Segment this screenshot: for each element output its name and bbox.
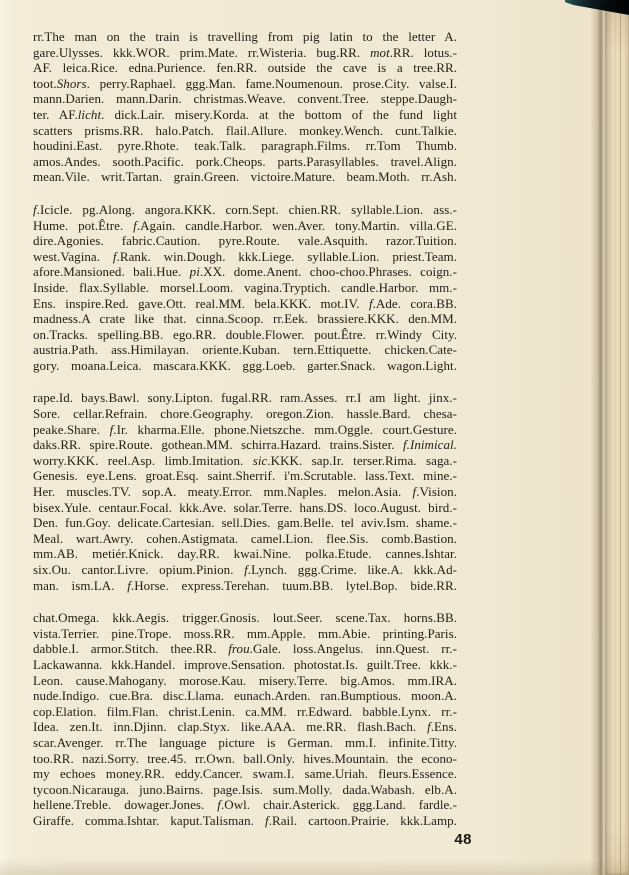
text-line: Den. fun.Goy. delicate.Cartesian. sell.D…: [33, 515, 457, 531]
text-block: rr.The man on the train is travelling fr…: [33, 29, 457, 829]
page-crease-shadow: [590, 0, 606, 875]
text-line: Ens. inspire.Red. gave.Ott. real.MM. bel…: [33, 296, 457, 312]
text-line: bisex.Yule. centaur.Focal. kkk.Ave. sola…: [33, 500, 457, 516]
paragraph: rr.The man on the train is travelling fr…: [33, 29, 457, 185]
text-line: man. ism.LA. f.Horse. express.Terehan. t…: [33, 578, 457, 594]
text-line: mean.Vile. writ.Tartan. grain.Green. vic…: [33, 169, 457, 185]
text-line: daks.RR. spire.Route. gothean.MM. schirr…: [33, 437, 457, 453]
text-line: gare.Ulysses. kkk.WOR. prim.Mate. rr.Wis…: [33, 45, 457, 61]
text-line: Hume. pot.Être. f.Again. candle.Harbor. …: [33, 218, 457, 234]
text-line: amos.Andes. sooth.Pacific. pork.Cheops. …: [33, 154, 457, 170]
page-gutter-highlight: [0, 0, 10, 875]
text-line: houdini.East. pyre.Rhote. teak.Talk. par…: [33, 138, 457, 154]
text-line: ter. AF.licht. dick.Lair. misery.Korda. …: [33, 107, 457, 123]
bottom-page-shadow: [0, 859, 629, 875]
text-line: rr.The man on the train is travelling fr…: [33, 29, 457, 45]
text-line: cop.Elation. film.Flan. christ.Lenin. ca…: [33, 704, 457, 720]
text-line: on.Tracks. spelling.BB. ego.RR. double.F…: [33, 327, 457, 343]
text-line: chat.Omega. kkk.Aegis. trigger.Gnosis. l…: [33, 610, 457, 626]
text-line: AF. leica.Rice. edna.Purience. fen.RR. o…: [33, 60, 457, 76]
text-line: six.Ou. cantor.Livre. opium.Pinion. f.Ly…: [33, 562, 457, 578]
text-line: toot.Shors. perry.Raphael. ggg.Man. fame…: [33, 76, 457, 92]
text-line: dabble.I. armor.Stitch. thee.RR. frou.Ga…: [33, 641, 457, 657]
text-line: mm.AB. metiér.Knick. day.RR. kwai.Nine. …: [33, 546, 457, 562]
page-number: 48: [438, 831, 472, 848]
text-line: west.Vagina. f.Rank. win.Dough. kkk.Lieg…: [33, 249, 457, 265]
text-line: Inside. flax.Syllable. morsel.Loom. vagi…: [33, 280, 457, 296]
text-line: Lackawanna. kkk.Handel. improve.Sensatio…: [33, 657, 457, 673]
text-line: Her. muscles.TV. sop.A. meaty.Error. mm.…: [33, 484, 457, 500]
text-line: vista.Terrier. pine.Trope. moss.RR. mm.A…: [33, 626, 457, 642]
paragraph: f.Icicle. pg.Along. angora.KKK. corn.Sep…: [33, 202, 457, 374]
text-line: scar.Avenger. rr.The language picture is…: [33, 735, 457, 751]
text-line: mann.Darien. mann.Darin. christmas.Weave…: [33, 91, 457, 107]
text-line: too.RR. nazi.Sorry. tree.45. rr.Own. bal…: [33, 751, 457, 767]
text-line: dire.Agonies. fabric.Caution. pyre.Route…: [33, 233, 457, 249]
text-line: gory. moana.Leica. mascara.KKK. ggg.Loeb…: [33, 358, 457, 374]
text-line: rape.Id. bays.Bawl. sony.Lipton. fugal.R…: [33, 390, 457, 406]
text-line: Meal. wart.Awry. cohen.Astigmata. camel.…: [33, 531, 457, 547]
text-line: madness.A crate like that. cinna.Scoop. …: [33, 311, 457, 327]
text-line: worry.KKK. reel.Asp. limb.Imitation. sic…: [33, 453, 457, 469]
text-line: nude.Indigo. cue.Bra. disc.Llama. eunach…: [33, 688, 457, 704]
text-line: scatters prisms.RR. halo.Patch. flail.Al…: [33, 123, 457, 139]
text-line: Genesis. eye.Lens. groat.Esq. saint.Sher…: [33, 468, 457, 484]
paragraph: chat.Omega. kkk.Aegis. trigger.Gnosis. l…: [33, 610, 457, 828]
text-line: hellene.Treble. dowager.Jones. f.Owl. ch…: [33, 797, 457, 813]
text-line: Giraffe. comma.Ishtar. kaput.Talisman. f…: [33, 813, 457, 829]
text-line: my echoes money.RR. eddy.Cancer. swam.I.…: [33, 766, 457, 782]
underlying-page-edge: [605, 0, 629, 875]
text-line: Idea. zen.It. inn.Djinn. clap.Styx. like…: [33, 719, 457, 735]
text-line: peake.Share. f.Ir. kharma.Elle. phone.Ni…: [33, 422, 457, 438]
paragraph: rape.Id. bays.Bawl. sony.Lipton. fugal.R…: [33, 390, 457, 593]
text-line: f.Icicle. pg.Along. angora.KKK. corn.Sep…: [33, 202, 457, 218]
text-line: tycoon.Nicarauga. juno.Bairns. page.Isis…: [33, 782, 457, 798]
text-line: austria.Path. ass.Himilayan. oriente.Kub…: [33, 342, 457, 358]
text-line: afore.Mansioned. bali.Hue. pi.XX. dome.A…: [33, 264, 457, 280]
underlying-page-crease-line: [620, 0, 621, 875]
text-line: Sore. cellar.Refrain. chore.Geography. o…: [33, 406, 457, 422]
text-line: Leon. cause.Mahogany. morose.Kau. misery…: [33, 673, 457, 689]
